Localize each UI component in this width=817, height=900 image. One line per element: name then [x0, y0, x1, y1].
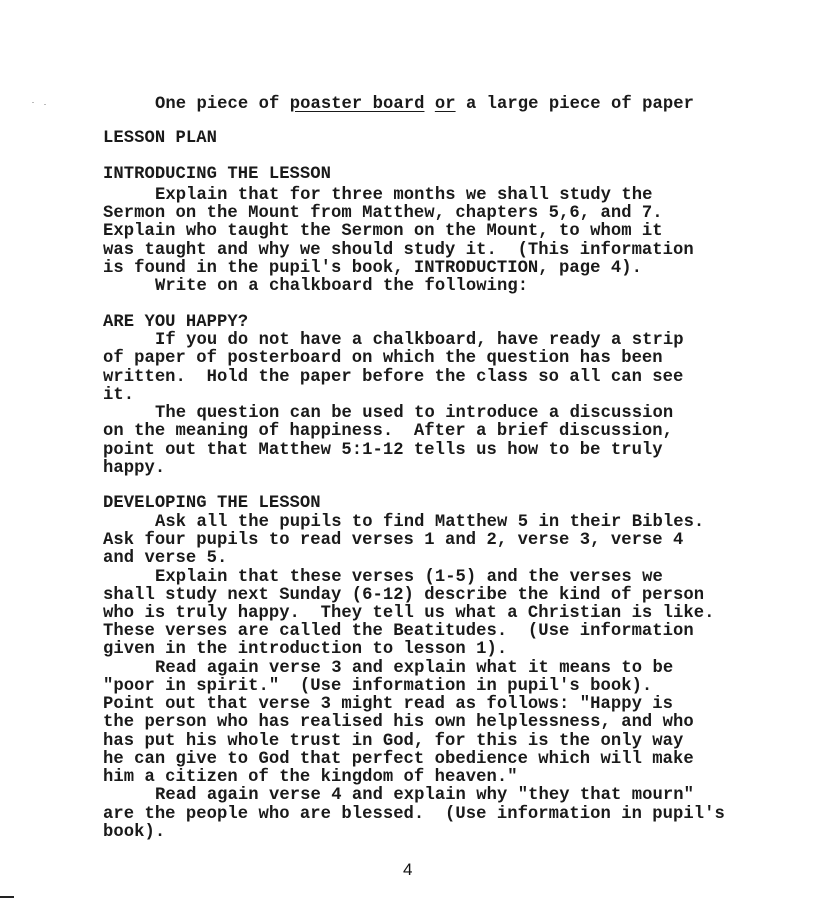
- paragraph-line: point out that Matthew 5:1-12 tells us h…: [103, 442, 663, 460]
- paragraph-line: book).: [103, 824, 165, 842]
- document-page: One piece of poaster board or a large pi…: [0, 0, 817, 900]
- paragraph-line: of paper of posterboard on which the que…: [103, 350, 663, 368]
- paragraph-line: Ask four pupils to read verses 1 and 2, …: [103, 532, 683, 550]
- page-number: 4: [403, 860, 412, 880]
- paragraph-line: Explain who taught the Sermon on the Mou…: [103, 223, 663, 241]
- introducing-heading: INTRODUCING THE LESSON: [103, 166, 331, 184]
- materials-underlined-poaster-board: poaster board: [290, 95, 425, 114]
- paragraph-line: who is truly happy. They tell us what a …: [103, 605, 715, 623]
- paragraph-line: Ask all the pupils to find Matthew 5 in …: [155, 514, 704, 532]
- paragraph-line: shall study next Sunday (6-12) describe …: [103, 587, 704, 605]
- paragraph-line: The question can be used to introduce a …: [155, 405, 673, 423]
- scan-margin-mark: [0, 896, 14, 898]
- paragraph-line: and verse 5.: [103, 550, 227, 568]
- paragraph-line: written. Hold the paper before the class…: [103, 369, 683, 387]
- materials-underlined-or: or: [435, 95, 456, 114]
- paragraph-line: given in the introduction to lesson 1).: [103, 641, 507, 659]
- paragraph-line: These verses are called the Beatitudes. …: [103, 623, 694, 641]
- paragraph-line: is found in the pupil's book, INTRODUCTI…: [103, 260, 642, 278]
- developing-heading: DEVELOPING THE LESSON: [103, 495, 321, 513]
- materials-line: One piece of poaster board or a large pi…: [155, 96, 694, 114]
- scan-speck: [32, 102, 34, 103]
- paragraph-line: Sermon on the Mount from Matthew, chapte…: [103, 205, 663, 223]
- materials-space: [424, 95, 434, 114]
- lesson-plan-heading: LESSON PLAN: [103, 130, 217, 148]
- paragraph-line: happy.: [103, 460, 165, 478]
- paragraph-line: the person who has realised his own help…: [103, 714, 694, 732]
- paragraph-line: "poor in spirit." (Use information in pu…: [103, 678, 652, 696]
- paragraph-line: he can give to God that perfect obedienc…: [103, 751, 694, 769]
- paragraph-line: Explain that these verses (1-5) and the …: [155, 569, 663, 587]
- materials-text: One piece of: [155, 95, 290, 114]
- paragraph-line: Read again verse 4 and explain why "they…: [155, 787, 694, 805]
- are-you-happy-heading: ARE YOU HAPPY?: [103, 314, 248, 332]
- paragraph-line: Read again verse 3 and explain what it m…: [155, 660, 673, 678]
- paragraph-line: Explain that for three months we shall s…: [155, 187, 652, 205]
- paragraph-line: it.: [103, 387, 134, 405]
- paragraph-line: If you do not have a chalkboard, have re…: [155, 332, 684, 350]
- paragraph-line: Point out that verse 3 might read as fol…: [103, 696, 673, 714]
- paragraph-line: are the people who are blessed. (Use inf…: [103, 806, 725, 824]
- paragraph-line: has put his whole trust in God, for this…: [103, 733, 683, 751]
- scan-speck: [44, 104, 46, 105]
- materials-text-end: a large piece of paper: [456, 95, 694, 114]
- paragraph-line: on the meaning of happiness. After a bri…: [103, 423, 673, 441]
- paragraph-line: was taught and why we should study it. (…: [103, 242, 694, 260]
- paragraph-line: Write on a chalkboard the following:: [155, 278, 528, 296]
- paragraph-line: him a citizen of the kingdom of heaven.": [103, 769, 518, 787]
